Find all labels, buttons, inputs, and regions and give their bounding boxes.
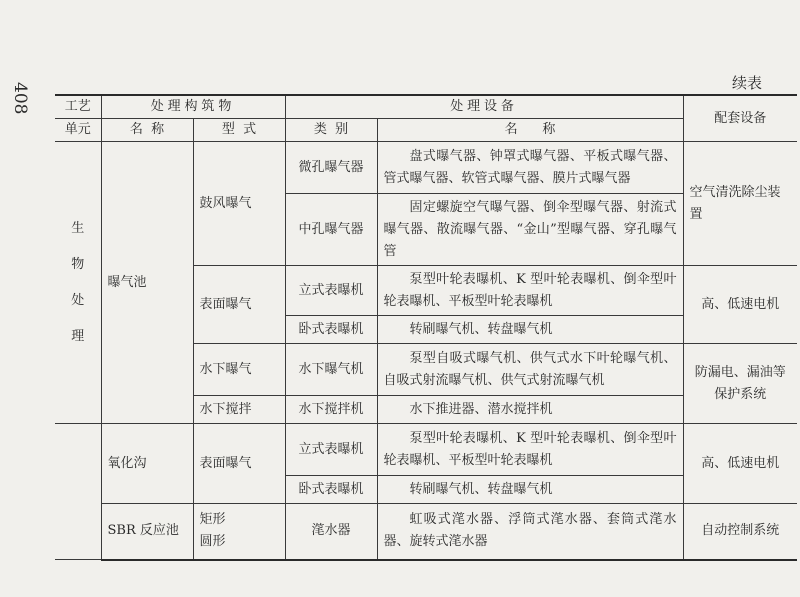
continued-label: 续表 [732,72,762,93]
equipment-category: 滗水器 [285,504,377,560]
header-process-unit-2: 单元 [55,119,101,142]
supporting-equipment: 自动控制系统 [683,504,797,560]
header-equipment-category: 类 别 [285,119,377,142]
process-unit-char: 生 [61,211,95,247]
structure-type: 表面曝气 [193,424,285,504]
header-structure-name: 名 称 [101,119,193,142]
equipment-category: 立式表曝机 [285,424,377,476]
equipment-names: 转刷曝气机、转盘曝气机 [377,316,683,344]
structure-type: 表面曝气 [193,266,285,344]
structure-type: 圆形 [200,531,279,553]
equipment-names: 泵型叶轮表曝机、K 型叶轮表曝机、倒伞型叶轮表曝机、平板型叶轮表曝机 [377,424,683,476]
page-number: 408 [10,82,30,114]
table-row: 生 物 处 理 曝气池 鼓风曝气 微孔曝气器 盘式曝气器、钟罩式曝气器、平板式曝… [55,142,797,194]
structure-name: 曝气池 [101,142,193,424]
equipment-table: 工艺 处理构筑物 处理设备 配套设备 单元 名 称 型 式 类 别 名 称 生 … [55,94,797,561]
equipment-names: 转刷曝气机、转盘曝气机 [377,476,683,504]
header-row-1: 工艺 处理构筑物 处理设备 配套设备 [55,95,797,119]
equipment-names: 盘式曝气器、钟罩式曝气器、平板式曝气器、管式曝气器、软管式曝气器、膜片式曝气器 [377,142,683,194]
header-supporting: 配套设备 [683,95,797,142]
equipment-category: 水下曝气机 [285,344,377,396]
structure-type: 水下曝气 [193,344,285,396]
structure-type: 水下搅拌 [193,396,285,424]
header-equipment-name: 名 称 [377,119,683,142]
supporting-equipment: 高、低速电机 [683,424,797,504]
header-equipment-group: 处理设备 [285,95,683,119]
structure-type: 矩形 [200,509,279,531]
process-unit-char: 理 [61,319,95,355]
process-unit-char: 处 [61,283,95,319]
equipment-category: 微孔曝气器 [285,142,377,194]
structure-type-cell: 矩形 圆形 [193,504,285,560]
process-unit-cell-empty [55,424,101,560]
structure-name: SBR 反应池 [101,504,193,560]
equipment-category: 卧式表曝机 [285,476,377,504]
equipment-category: 水下搅拌机 [285,396,377,424]
header-process-unit-1: 工艺 [55,95,101,119]
equipment-category: 卧式表曝机 [285,316,377,344]
equipment-names: 泵型叶轮表曝机、K 型叶轮表曝机、倒伞型叶轮表曝机、平板型叶轮表曝机 [377,266,683,316]
header-structure-group: 处理构筑物 [101,95,285,119]
supporting-equipment: 高、低速电机 [683,266,797,344]
structure-name: 氧化沟 [101,424,193,504]
supporting-equipment: 防漏电、漏油等保护系统 [683,344,797,424]
equipment-category: 中孔曝气器 [285,194,377,266]
equipment-names: 泵型自吸式曝气机、供气式水下叶轮曝气机、自吸式射流曝气机、供气式射流曝气机 [377,344,683,396]
equipment-names: 固定螺旋空气曝气器、倒伞型曝气器、射流式曝气器、散流曝气器、“金山”型曝气器、穿… [377,194,683,266]
process-unit-char: 物 [61,247,95,283]
table-row: 氧化沟 表面曝气 立式表曝机 泵型叶轮表曝机、K 型叶轮表曝机、倒伞型叶轮表曝机… [55,424,797,476]
table-row: SBR 反应池 矩形 圆形 滗水器 虹吸式滗水器、浮筒式滗水器、套筒式滗水器、旋… [55,504,797,560]
process-unit-cell: 生 物 处 理 [55,142,101,424]
supporting-equipment: 空气清洗除尘装置 [683,142,797,266]
equipment-names: 水下推进器、潜水搅拌机 [377,396,683,424]
structure-type: 鼓风曝气 [193,142,285,266]
equipment-names: 虹吸式滗水器、浮筒式滗水器、套筒式滗水器、旋转式滗水器 [377,504,683,560]
equipment-category: 立式表曝机 [285,266,377,316]
header-structure-type: 型 式 [193,119,285,142]
